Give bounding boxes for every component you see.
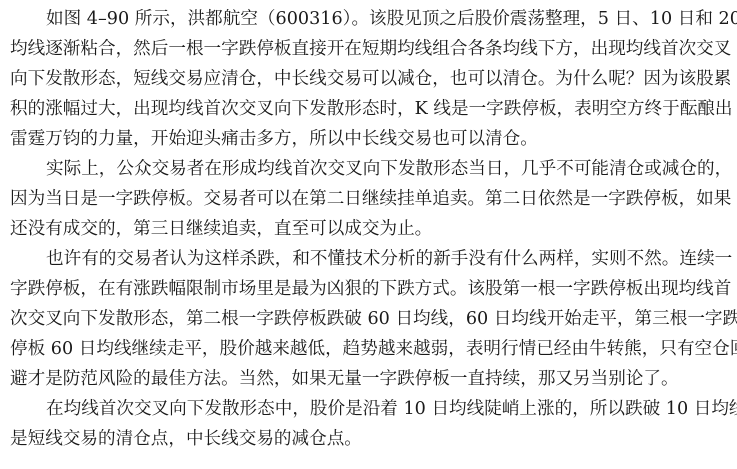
text-line: 还没有成交的，第三日继续追卖，直至可以成交为止。 (10, 214, 730, 244)
text-line: 实际上，公众交易者在形成均线首次交叉向下发散形态当日，几乎不可能清仓或减仓的， (46, 154, 730, 184)
text-line: 次交叉向下发散形态，第二根一字跌停板跌破 60 日均线，60 日均线开始走平，第… (10, 304, 730, 334)
text-line: 避才是防范风险的最佳方法。当然，如果无量一字跌停板一直持续，那又另当别论了。 (10, 364, 730, 394)
text-line: 字跌停板，在有涨跌幅限制市场里是最为凶狠的下跌方式。该股第一根一字跌停板出现均线… (10, 274, 730, 304)
text-line: 是短线交易的清仓点，中长线交易的减仓点。 (10, 424, 730, 454)
text-line: 积的涨幅过大，出现均线首次交叉向下发散形态时，K 线是一字跌停板，表明空方终于酝… (10, 94, 730, 124)
text-line: 因为当日是一字跌停板。交易者可以在第二日继续挂单追卖。第二日依然是一字跌停板，如… (10, 184, 730, 214)
text-line: 停板 60 日均线继续走平，股价越来越低，趋势越来越弱，表明行情已经由牛转熊，只… (10, 334, 730, 364)
text-line: 均线逐渐粘合，然后一根一字跌停板直接开在短期均线组合各条均线下方，出现均线首次交… (10, 34, 730, 64)
text-line: 向下发散形态，短线交易应清仓，中长线交易可以减仓，也可以清仓。为什么呢？因为该股… (10, 64, 730, 94)
text-line: 雷霆万钧的力量，开始迎头痛击多方，所以中长线交易也可以清仓。 (10, 124, 730, 154)
text-line: 如图 4–90 所示，洪都航空（600316）。该股见顶之后股价震荡整理，5 日… (46, 4, 730, 34)
text-line: 在均线首次交叉向下发散形态中，股价是沿着 10 日均线陡峭上涨的，所以跌破 10… (46, 394, 730, 424)
text-line: 也许有的交易者认为这样杀跌，和不懂技术分析的新手没有什么两样，实则不然。连续一 (46, 244, 730, 274)
